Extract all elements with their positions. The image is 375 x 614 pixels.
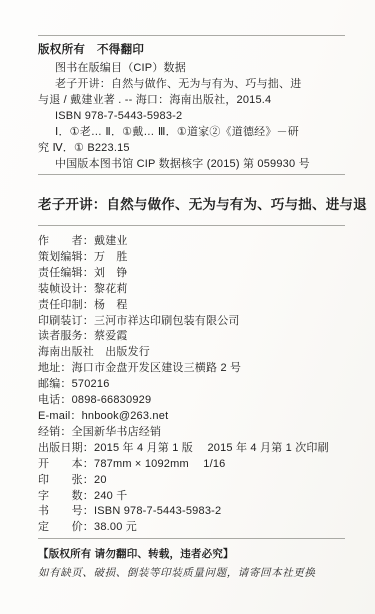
- colophon-row-phone: 电话：0898-66830929: [38, 393, 345, 409]
- divider-rule: [38, 225, 345, 226]
- colophon-row-designer: 装帧设计：黎花莉: [38, 282, 345, 298]
- bottom-rule: [38, 538, 345, 539]
- colophon-row-planning-editor: 策划编辑：万 胜: [38, 250, 345, 266]
- cip-section: 图书在版编目（CIP）数据 老子开讲：自然与做作、无为与有为、巧与拙、进 与退 …: [38, 60, 345, 172]
- colophon-row-price: 定 价：38.00 元: [38, 520, 345, 536]
- colophon-row-postcode: 邮编：570216: [38, 377, 345, 393]
- colophon-section: 作 者：戴建业 策划编辑：万 胜 责任编辑：刘 铮 装帧设计：黎花莉 责任印制：…: [38, 234, 345, 536]
- page-content: 版权所有 不得翻印 图书在版编目（CIP）数据 老子开讲：自然与做作、无为与有为…: [0, 35, 375, 581]
- footer-copyright-warning: 【版权所有 请勿翻印、转载，违者必究】: [38, 547, 345, 562]
- colophon-row-address: 地址：海口市金盘开发区建设三横路 2 号: [38, 361, 345, 377]
- colophon-row-word-count: 字 数：240 千: [38, 489, 345, 505]
- cip-isbn: ISBN 978-7-5443-5983-2: [38, 108, 345, 124]
- colophon-row-publish-date: 出版日期：2015 年 4 月第 1 版 2015 年 4 月第 1 次印刷: [38, 441, 345, 457]
- colophon-row-reader-service: 读者服务：蔡爱霞: [38, 329, 345, 345]
- cip-heading: 图书在版编目（CIP）数据: [38, 60, 345, 76]
- top-rule: [38, 35, 345, 36]
- colophon-row-format: 开 本：787mm × 1092mm 1/16: [38, 457, 345, 473]
- cip-title-line-1: 老子开讲：自然与做作、无为与有为、巧与拙、进: [38, 76, 345, 92]
- colophon-row-editor: 责任编辑：刘 铮: [38, 266, 345, 282]
- colophon-row-distribution: 经销：全国新华书店经销: [38, 425, 345, 441]
- colophon-row-sheets: 印 张：20: [38, 473, 345, 489]
- copyright-notice: 版权所有 不得翻印: [38, 42, 345, 58]
- footer-quality-note: 如有缺页、破损、倒装等印装质量问题，请寄回本社更换: [38, 566, 345, 581]
- book-title: 老子开讲：自然与做作、无为与有为、巧与拙、进与退: [38, 195, 345, 215]
- colophon-row-author: 作 者：戴建业: [38, 234, 345, 250]
- colophon-row-publisher: 海南出版社 出版发行: [38, 345, 345, 361]
- divider-rule: [38, 174, 345, 175]
- colophon-row-print-manager: 责任印制：杨 程: [38, 298, 345, 314]
- copyright-page: 版权所有 不得翻印 图书在版编目（CIP）数据 老子开讲：自然与做作、无为与有为…: [0, 0, 375, 614]
- cip-title-line-2: 与退 / 戴建业著 . -- 海口：海南出版社，2015.4: [38, 92, 345, 108]
- cip-record-number: 中国版本图书馆 CIP 数据核字 (2015) 第 059930 号: [38, 156, 345, 172]
- colophon-row-isbn: 书 号：ISBN 978-7-5443-5983-2: [38, 504, 345, 520]
- colophon-row-email: E-mail：hnbook@263.net: [38, 409, 345, 425]
- colophon-row-printer: 印刷装订：三河市祥达印刷包装有限公司: [38, 314, 345, 330]
- cip-classification-2: 究 Ⅳ．① B223.15: [38, 140, 345, 156]
- cip-classification-1: Ⅰ．①老… Ⅱ．①戴… Ⅲ．①道家②《道德经》－研: [38, 124, 345, 140]
